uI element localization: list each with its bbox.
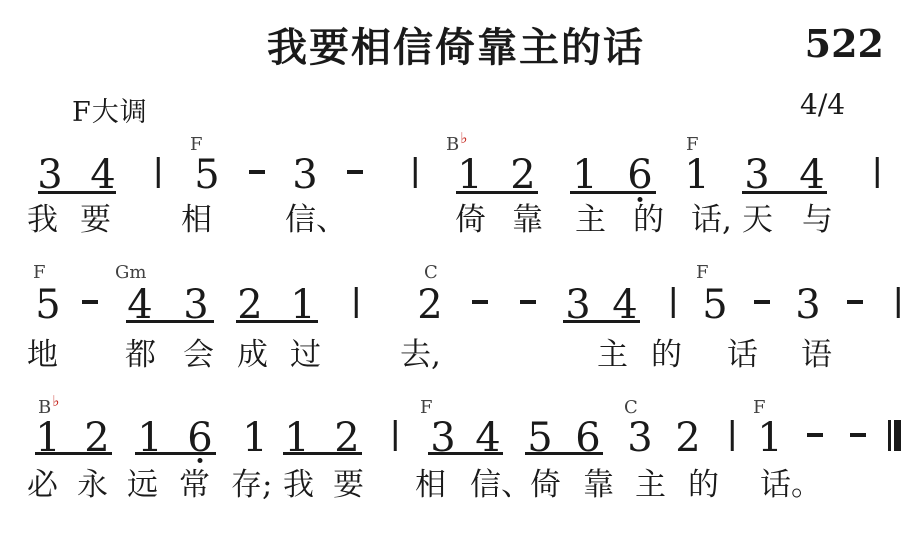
lyric-syllable: 地 <box>27 339 58 372</box>
lyric-syllable: 的 <box>651 339 682 372</box>
lyric-syllable: 相 <box>415 469 446 502</box>
duration-dash <box>847 300 863 304</box>
note-digit: 3 <box>292 155 317 195</box>
barline <box>394 420 397 451</box>
note-digit: 3 <box>565 285 590 325</box>
note-digit: 3 <box>795 285 820 325</box>
hymn-number: 522 <box>805 21 884 66</box>
lyric-syllable: 必 <box>27 469 58 502</box>
note-digit: 3 <box>627 418 652 458</box>
duration-dash <box>249 170 265 174</box>
lyric-syllable: 我 <box>283 469 314 502</box>
barline <box>876 157 879 188</box>
duration-dash <box>754 300 770 304</box>
octave-dot <box>198 458 203 463</box>
eighth-beam-underline <box>742 191 827 194</box>
lyric-syllable: 倚 <box>530 469 561 502</box>
duration-dash <box>850 433 866 437</box>
note-digit: 3 <box>183 285 208 325</box>
lyric-syllable: 话, <box>691 204 732 237</box>
note-digit: 5 <box>194 155 219 195</box>
lyric-syllable: 的 <box>633 204 664 237</box>
final-thin-bar <box>888 420 891 451</box>
key-signature: F大调 <box>72 90 148 129</box>
note-digit: 4 <box>127 285 152 325</box>
eighth-beam-underline <box>283 452 362 455</box>
note-digit: 5 <box>702 285 727 325</box>
lyric-syllable: 主 <box>597 339 628 372</box>
hymn-title: 我要相信倚靠主的话 <box>267 16 645 73</box>
eighth-beam-underline <box>563 320 640 323</box>
duration-dash <box>520 300 536 304</box>
hymn-sheet-page: 我要相信倚靠主的话 522 F大调 4/4 FB♭F34531216134我要相… <box>0 0 912 552</box>
flat-icon: ♭ <box>52 392 59 410</box>
lyric-syllable: 靠 <box>583 469 614 502</box>
lyric-syllable: 话。 <box>760 469 822 502</box>
eighth-beam-underline <box>525 452 603 455</box>
note-digit: 3 <box>37 155 62 195</box>
note-digit: 1 <box>242 418 267 458</box>
lyric-syllable: 信、 <box>470 469 532 502</box>
lyric-syllable: 存; <box>231 469 272 502</box>
barline <box>157 157 160 188</box>
lyric-syllable: 永 <box>77 469 108 502</box>
lyric-syllable: 的 <box>688 469 719 502</box>
lyric-syllable: 过 <box>290 339 321 372</box>
eighth-beam-underline <box>126 320 214 323</box>
note-digit: 2 <box>417 285 442 325</box>
barline <box>414 157 417 188</box>
lyric-syllable: 话 <box>727 339 758 372</box>
barline <box>731 420 734 451</box>
lyric-syllable: 信、 <box>285 204 347 237</box>
lyric-syllable: 天 <box>742 204 773 237</box>
duration-dash <box>807 433 823 437</box>
note-digit: 2 <box>510 155 535 195</box>
eighth-beam-underline <box>570 191 656 194</box>
note-digit: 2 <box>237 285 262 325</box>
note-digit: 1 <box>290 285 315 325</box>
lyric-syllable: 会 <box>183 339 214 372</box>
duration-dash <box>472 300 488 304</box>
note-digit: 4 <box>612 285 637 325</box>
eighth-beam-underline <box>456 191 538 194</box>
note-digit: 1 <box>684 155 709 195</box>
chord-label: Gm <box>115 264 146 282</box>
eighth-beam-underline <box>236 320 318 323</box>
duration-dash <box>347 170 363 174</box>
lyric-syllable: 靠 <box>512 204 543 237</box>
note-digit: 4 <box>90 155 115 195</box>
eighth-beam-underline <box>35 452 112 455</box>
eighth-beam-underline <box>135 452 216 455</box>
note-digit: 5 <box>35 285 60 325</box>
note-digit: 1 <box>757 418 782 458</box>
lyric-syllable: 去, <box>400 339 441 372</box>
lyric-syllable: 远 <box>127 469 158 502</box>
chord-label: F <box>696 264 709 282</box>
duration-dash <box>82 300 98 304</box>
chord-label: C <box>424 264 438 282</box>
note-digit: 6 <box>627 155 652 195</box>
barline <box>672 287 675 318</box>
eighth-beam-underline <box>428 452 503 455</box>
lyric-syllable: 要 <box>80 204 111 237</box>
lyric-syllable: 都 <box>125 339 156 372</box>
lyric-syllable: 常 <box>179 469 210 502</box>
eighth-beam-underline <box>38 191 116 194</box>
barline <box>897 287 900 318</box>
barline <box>355 287 358 318</box>
lyric-syllable: 要 <box>333 469 364 502</box>
lyric-syllable: 成 <box>237 339 268 372</box>
chord-label: F <box>33 264 46 282</box>
flat-icon: ♭ <box>460 129 467 147</box>
time-signature: 4/4 <box>800 88 845 121</box>
final-thick-bar <box>894 420 901 451</box>
note-digit: 2 <box>675 418 700 458</box>
note-digit: 3 <box>744 155 769 195</box>
lyric-syllable: 相 <box>181 204 212 237</box>
lyric-syllable: 语 <box>801 339 832 372</box>
lyric-syllable: 与 <box>802 204 833 237</box>
lyric-syllable: 主 <box>575 204 606 237</box>
lyric-syllable: 主 <box>635 469 666 502</box>
note-digit: 1 <box>457 155 482 195</box>
note-digit: 1 <box>572 155 597 195</box>
note-digit: 4 <box>799 155 824 195</box>
lyric-syllable: 我 <box>27 204 58 237</box>
lyric-syllable: 倚 <box>455 204 486 237</box>
